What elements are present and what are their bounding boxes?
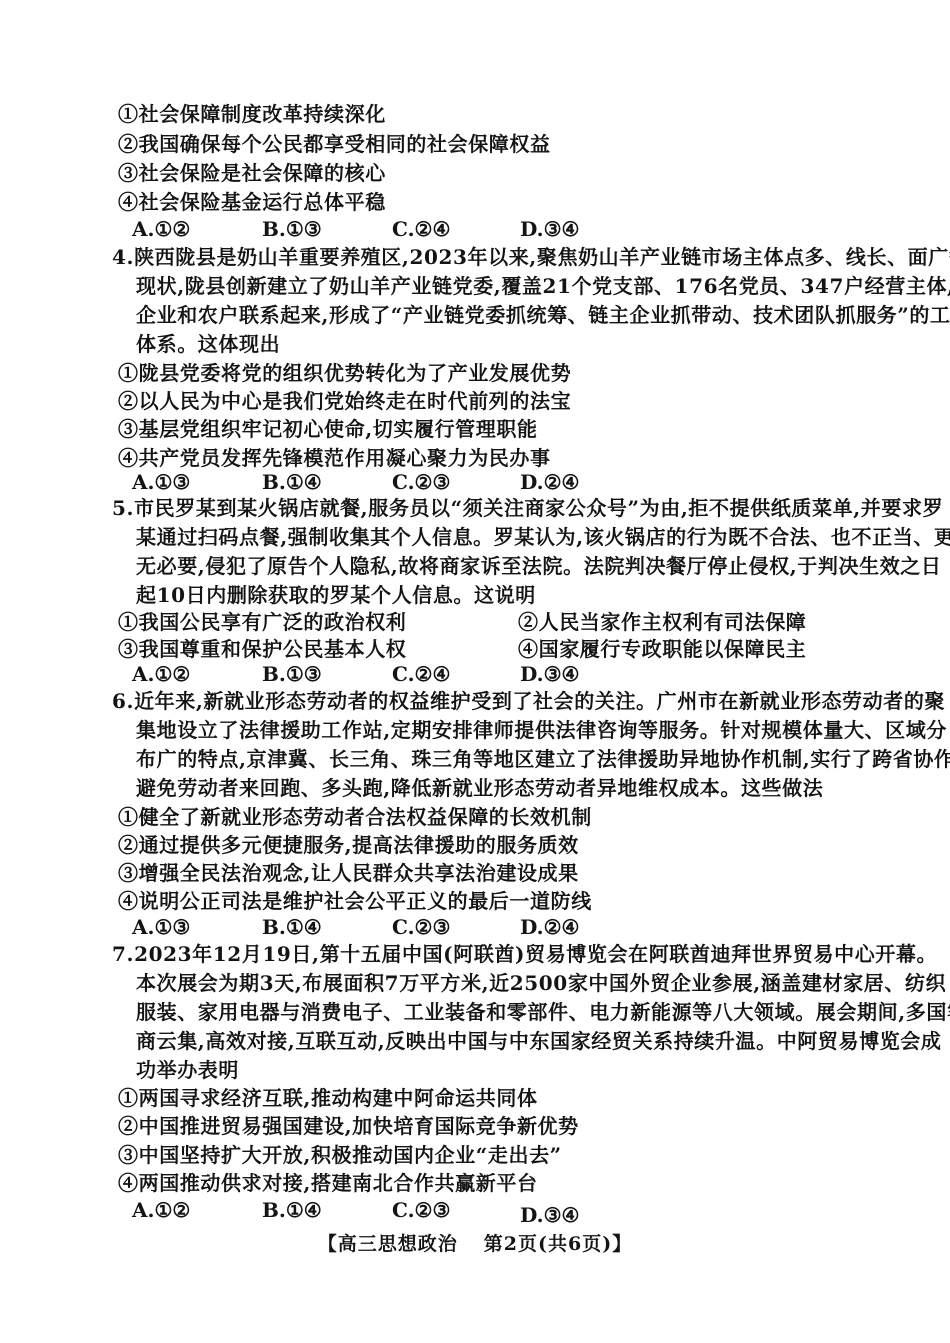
option: ④说明公正司法是维护社会公平正义的最后一道防线 xyxy=(118,888,592,914)
exam-page: ①社会保障制度改革持续深化 ②我国确保每个公民都享受相同的社会保障权益 ③社会保… xyxy=(0,0,950,1343)
question-stem: 集地设立了法律援助工作站,定期安排律师提供法律咨询等服务。针对规模体量大、区域分 xyxy=(136,717,947,743)
choice-d: D.②④ xyxy=(520,914,579,940)
option: ①健全了新就业形态劳动者合法权益保障的长效机制 xyxy=(118,804,592,830)
choice-c: C.②③ xyxy=(392,469,450,495)
question-stem: 本次展会为期3天,布展面积7万平方米,近2500家中国外贸企业参展,涵盖建材家居… xyxy=(136,970,946,996)
choice-b: B.①④ xyxy=(262,1197,322,1223)
question-stem: 6.近年来,新就业形态劳动者的权益维护受到了社会的关注。广州市在新就业形态劳动者… xyxy=(112,688,945,714)
option: ③中国坚持扩大开放,积极推动国内企业“走出去” xyxy=(118,1142,562,1168)
choice-a: A.①③ xyxy=(132,914,190,940)
question-stem: 体系。这体现出 xyxy=(136,331,280,357)
footer-page-number: 第2页(共6页)】 xyxy=(484,1233,632,1255)
choice-a: A.①② xyxy=(132,216,190,242)
option: ②中国推进贸易强国建设,加快培育国际竞争新优势 xyxy=(118,1113,579,1139)
option: ③我国尊重和保护公民基本人权 xyxy=(118,636,406,662)
question-stem: 企业和农户联系起来,形成了“产业链党委抓统筹、链主企业抓带动、技术团队抓服务”的… xyxy=(136,302,950,328)
option: ②人民当家作主权利有司法保障 xyxy=(518,609,806,635)
choice-d: D.③④ xyxy=(520,216,579,242)
choice-d: D.②④ xyxy=(520,469,579,495)
option: ④社会保险基金运行总体平稳 xyxy=(118,189,386,215)
question-stem: 起10日内删除获取的罗某个人信息。这说明 xyxy=(136,582,536,608)
choice-c: C.②④ xyxy=(392,661,450,687)
choice-c: C.②③ xyxy=(392,1197,450,1223)
option: ④两国推动供求对接,搭建南北合作共赢新平台 xyxy=(118,1170,538,1196)
question-stem: 无必要,侵犯了原告个人隐私,故将商家诉至法院。法院判决餐厅停止侵权,于判决生效之… xyxy=(136,553,942,579)
option: ④国家履行专政职能以保障民主 xyxy=(518,636,806,662)
option: ①陇县党委将党的组织优势转化为了产业发展优势 xyxy=(118,360,571,386)
choice-b: B.①④ xyxy=(262,469,322,495)
option: ③增强全民法治观念,让人民群众共享法治建设成果 xyxy=(118,860,579,886)
footer-subject: 【高三思想政治 xyxy=(318,1233,458,1255)
option: ①两国寻求经济互联,推动构建中阿命运共同体 xyxy=(118,1085,538,1111)
question-stem: 避免劳动者来回跑、多头跑,降低新就业形态劳动者异地维权成本。这些做法 xyxy=(136,775,823,801)
choice-b: B.①③ xyxy=(262,216,322,242)
question-stem: 商云集,高效对接,互联互动,反映出中国与中东国家经贸关系持续升温。中阿贸易博览会… xyxy=(136,1028,942,1054)
option: ③社会保险是社会保障的核心 xyxy=(118,160,386,186)
question-stem: 某通过扫码点餐,强制收集其个人信息。罗某认为,该火锅店的行为既不合法、也不正当、… xyxy=(136,524,950,550)
option: ②通过提供多元便捷服务,提高法律援助的服务质效 xyxy=(118,832,579,858)
choice-a: A.①② xyxy=(132,661,190,687)
question-stem: 7.2023年12月19日,第十五届中国(阿联酋)贸易博览会在阿联酋迪拜世界贸易… xyxy=(112,941,937,967)
choice-d: D.③④ xyxy=(520,1202,579,1228)
question-stem: 功举办表明 xyxy=(136,1057,239,1083)
choice-c: C.②④ xyxy=(392,216,450,242)
question-stem: 服装、家用电器与消费电子、工业装备和零部件、电力新能源等八大领域。展会期间,多国… xyxy=(136,999,950,1025)
option: ②我国确保每个公民都享受相同的社会保障权益 xyxy=(118,131,551,157)
choice-b: B.①④ xyxy=(262,914,322,940)
choice-b: B.①③ xyxy=(262,661,322,687)
choice-a: A.①③ xyxy=(132,469,190,495)
choice-c: C.②③ xyxy=(392,914,450,940)
page-footer: 【高三思想政治第2页(共6页)】 xyxy=(0,1229,950,1256)
question-stem: 现状,陇县创新建立了奶山羊产业链党委,覆盖21个党支部、176名党员、347户经… xyxy=(136,273,950,299)
choice-a: A.①② xyxy=(132,1197,190,1223)
option: ③基层党组织牢记初心使命,切实履行管理职能 xyxy=(118,416,538,442)
option: ①社会保障制度改革持续深化 xyxy=(118,101,386,127)
question-stem: 4.陕西陇县是奶山羊重要养殖区,2023年以来,聚焦奶山羊产业链市场主体点多、线… xyxy=(112,244,950,270)
option: ④共产党员发挥先锋模范作用凝心聚力为民办事 xyxy=(118,445,551,471)
question-stem: 布广的特点,京津冀、长三角、珠三角等地区建立了法律援助异地协作机制,实行了跨省协… xyxy=(136,746,950,772)
option: ②以人民为中心是我们党始终走在时代前列的法宝 xyxy=(118,388,571,414)
choice-d: D.③④ xyxy=(520,661,579,687)
question-stem: 5.市民罗某到某火锅店就餐,服务员以“须关注商家公众号”为由,拒不提供纸质菜单,… xyxy=(112,495,943,521)
option: ①我国公民享有广泛的政治权利 xyxy=(118,609,406,635)
